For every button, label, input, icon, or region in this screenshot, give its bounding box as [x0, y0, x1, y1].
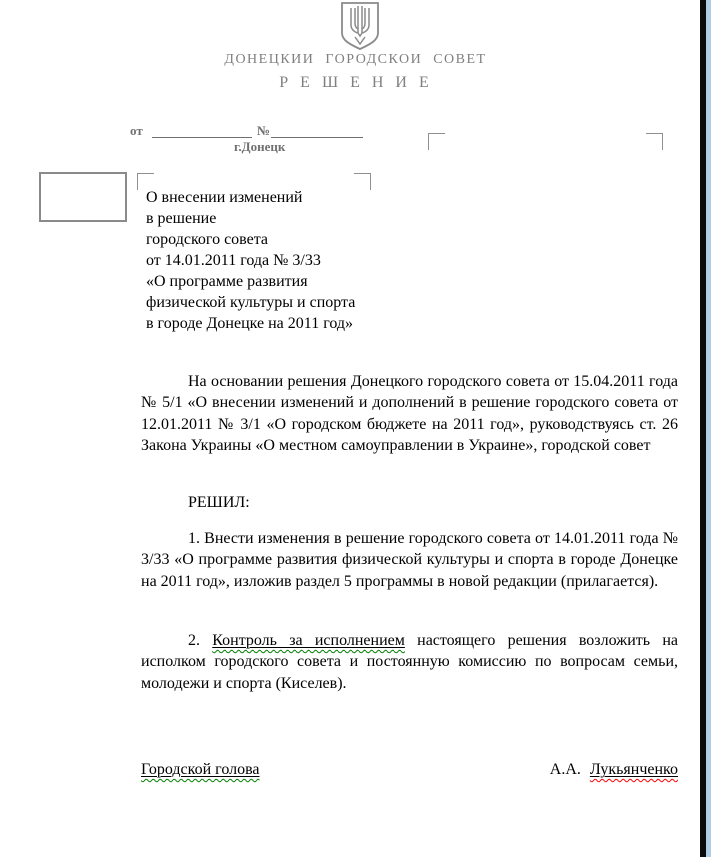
signer-position: Городской голова	[141, 761, 260, 779]
document-title-block: О внесении изменений в решение городског…	[146, 187, 376, 334]
title-line: в решение	[146, 208, 376, 229]
spelling-squiggle-surname: Лукьянченко	[590, 761, 678, 778]
organization-name: ДОНЕЦКИИ ГОРОДСКОИ СОВЕТ	[0, 52, 711, 68]
signer-initials: А.А.	[550, 761, 581, 778]
table-corner-mark	[428, 133, 445, 150]
grammar-squiggle-phrase: Контроль за исполнением	[212, 632, 405, 649]
window-edge-blue	[706, 0, 711, 857]
item-2-number: 2.	[188, 632, 212, 649]
title-line: О внесении изменений	[146, 187, 376, 208]
resolved-label: РЕШИЛ:	[141, 492, 678, 513]
title-line: от 14.01.2011 года № 3/33	[146, 250, 376, 271]
title-line: городского совета	[146, 229, 376, 250]
city-label: г.Донецк	[234, 139, 285, 155]
number-label: №	[257, 123, 270, 139]
document-type-title: Р Е Ш Е Н И Е	[0, 74, 711, 92]
document-page: ДОНЕЦКИИ ГОРОДСКОИ СОВЕТ Р Е Ш Е Н И Е о…	[0, 0, 711, 857]
signer-name: А.А.Лукьянченко	[550, 761, 678, 779]
date-blank-line	[152, 124, 252, 138]
title-line: в городе Донецке на 2011 год»	[146, 313, 376, 334]
title-line: физической культуры и спорта	[146, 292, 376, 313]
title-line: «О программе развития	[146, 271, 376, 292]
table-corner-mark	[646, 133, 663, 150]
date-label: от	[130, 123, 143, 139]
preamble-paragraph: На основании решения Донецкого городског…	[141, 371, 678, 457]
number-blank-line	[271, 124, 363, 138]
resolution-item-2: 2. Контроль за исполнением настоящего ре…	[141, 630, 678, 694]
ukraine-trident-emblem-icon	[332, 2, 388, 50]
resolution-item-1: 1. Внести изменения в решение городского…	[141, 528, 678, 592]
signature-row: Городской голова А.А.Лукьянченко	[141, 761, 678, 779]
stamp-box	[39, 172, 127, 222]
